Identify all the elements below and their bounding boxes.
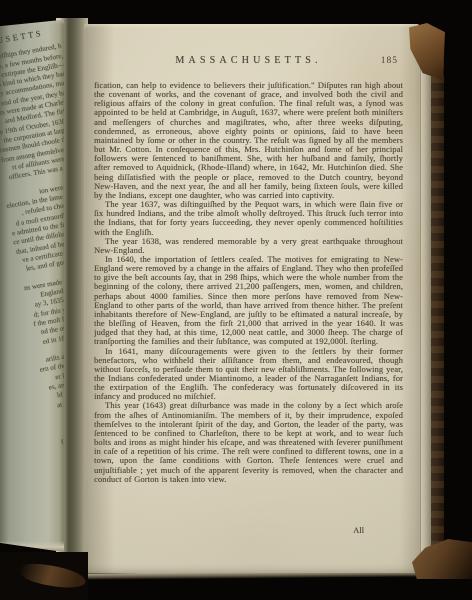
binding-edge xyxy=(431,31,444,573)
running-header: MASSACHUSETTS. xyxy=(94,55,403,66)
fore-edge xyxy=(420,27,431,571)
body-paragraph: fication, can help to evidence to believ… xyxy=(94,81,403,200)
bottom-binding xyxy=(0,552,88,600)
body-paragraph: In 1641, many diſcouragements were given… xyxy=(94,347,403,402)
body-paragraph: In 1640, the importation of ſettlers cea… xyxy=(94,255,403,347)
catchword: All xyxy=(94,525,403,535)
facing-page-edge: USETTS e hardſhips they endured, hum, wh… xyxy=(0,16,64,552)
facing-page-text: USETTS e hardſhips they endured, hum, wh… xyxy=(0,26,64,527)
page-number: 185 xyxy=(381,56,398,66)
body-paragraph: The year 1637, was diſtinguiſhed by the … xyxy=(94,200,403,237)
book-photo: USETTS e hardſhips they endured, hum, wh… xyxy=(0,0,472,600)
body-paragraph: This year (1643) great diſturbance was m… xyxy=(94,401,403,483)
page-header-row: MASSACHUSETTS. 185 xyxy=(94,55,403,68)
body-paragraph: The year 1638, was rendered memorable by… xyxy=(94,237,403,255)
facing-page-line-list: e hardſhips they endured, hum, who, a fe… xyxy=(0,42,64,527)
book-page: MASSACHUSETTS. 185 fication, can help to… xyxy=(84,24,420,573)
body-text: fication, can help to evidence to believ… xyxy=(94,81,403,523)
binding-highlight xyxy=(19,561,87,591)
